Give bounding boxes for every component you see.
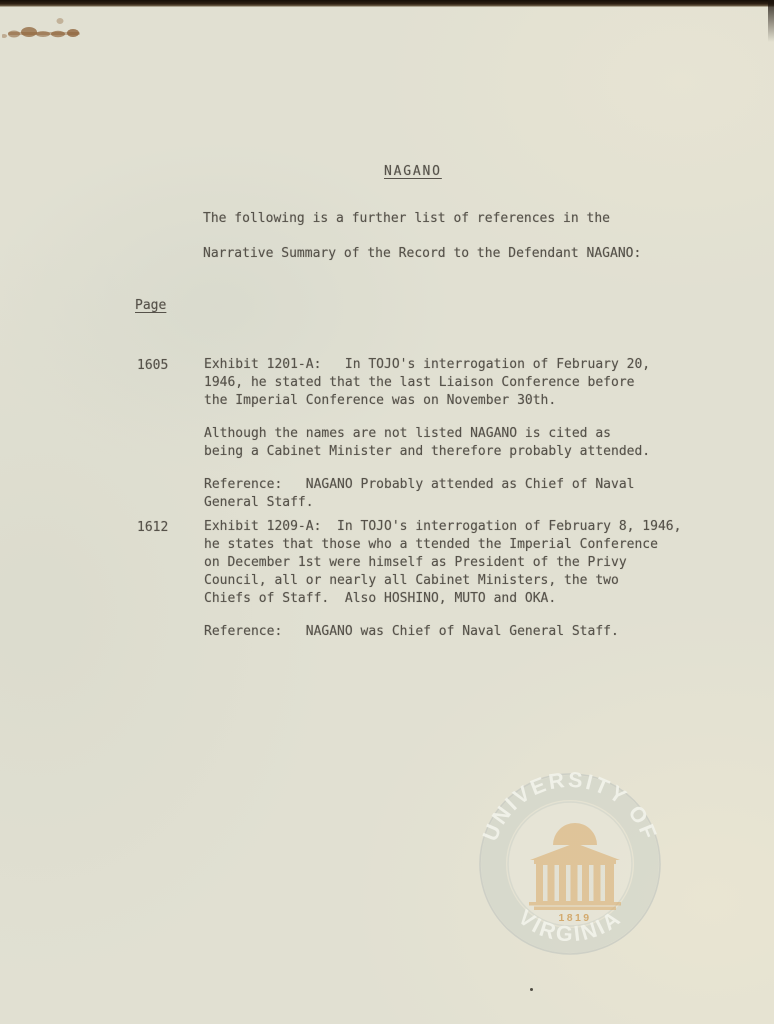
entry-paragraph: Reference: NAGANO was Chief of Naval Gen… [204,623,734,641]
entry-paragraph: Reference: NAGANO Probably attended as C… [204,476,734,512]
scan-top-edge [0,0,774,7]
document-title: NAGANO [384,163,442,181]
intro-line-2: Narrative Summary of the Record to the D… [203,245,641,263]
seal-year: 1819 [559,912,592,924]
entry-page-number: 1605 [137,357,168,375]
entry-paragraph: Exhibit 1209-A: In TOJO's interrogation … [204,518,734,608]
rust-staple-stain [2,18,114,54]
page-column-header: Page [135,297,166,315]
entry-paragraph: Exhibit 1201-A: In TOJO's interrogation … [204,356,734,410]
intro-line-1: The following is a further list of refer… [203,210,610,228]
uva-watermark-seal: UNIVERSITY OF VIRGINIA 1819 [450,744,690,984]
entry-body: Exhibit 1209-A: In TOJO's interrogation … [204,518,734,656]
scanned-document-page: NAGANO The following is a further list o… [0,0,774,1024]
entry-page-number: 1612 [137,519,168,537]
ink-speck [530,988,533,991]
entry-body: Exhibit 1201-A: In TOJO's interrogation … [204,356,734,527]
scan-corner-shadow [768,0,774,42]
entry-paragraph: Although the names are not listed NAGANO… [204,425,734,461]
